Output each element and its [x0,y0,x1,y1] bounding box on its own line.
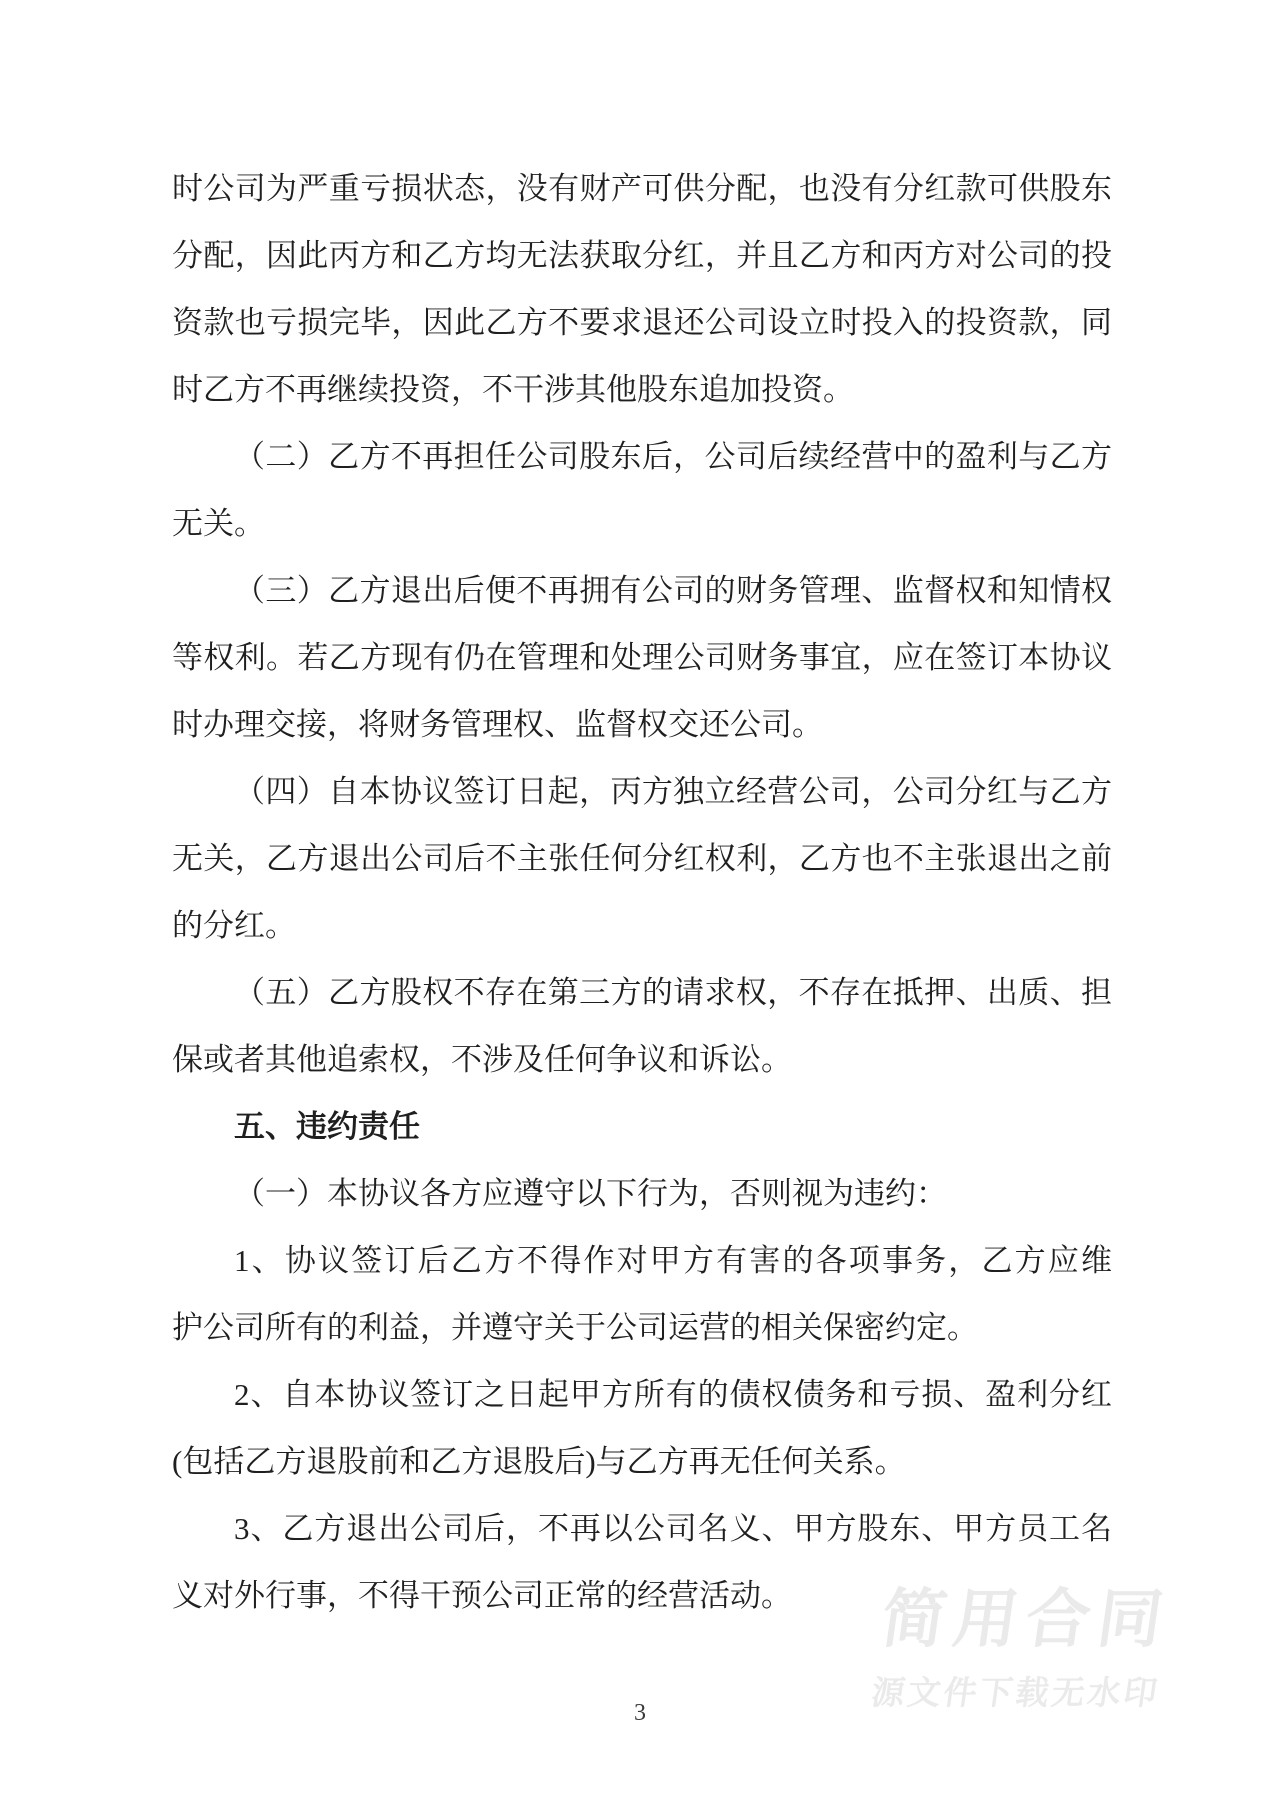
paragraph: （五）乙方股权不存在第三方的请求权，不存在抵押、出质、担保或者其他追索权，不涉及… [172,959,1112,1093]
text-line: 资款也亏损完毕，因此乙方不要求退还公司设立时投入的投资款，同 [172,289,1112,356]
text-line: 分配，因此丙方和乙方均无法获取分红，并且乙方和丙方对公司的投 [172,222,1112,289]
document-page: 时公司为严重亏损状态，没有财产可供分配，也没有分红款可供股东分配，因此丙方和乙方… [0,0,1280,1810]
section-heading: 五、违约责任 [172,1093,1112,1160]
text-line: （五）乙方股权不存在第三方的请求权，不存在抵押、出质、担 [172,959,1112,1026]
paragraph: 时公司为严重亏损状态，没有财产可供分配，也没有分红款可供股东分配，因此丙方和乙方… [172,155,1112,423]
paragraph: （三）乙方退出后便不再拥有公司的财务管理、监督权和知情权等权利。若乙方现有仍在管… [172,557,1112,758]
text-line: 等权利。若乙方现有仍在管理和处理公司财务事宜，应在签订本协议 [172,624,1112,691]
text-line: 的分红。 [172,892,1112,959]
text-line: 无关，乙方退出公司后不主张任何分红权利，乙方也不主张退出之前 [172,825,1112,892]
document-content: 时公司为严重亏损状态，没有财产可供分配，也没有分红款可供股东分配，因此丙方和乙方… [172,155,1112,1629]
page-number: 3 [0,1698,1280,1728]
text-line: （二）乙方不再担任公司股东后，公司后续经营中的盈利与乙方 [172,423,1112,490]
text-line: 时办理交接，将财务管理权、监督权交还公司。 [172,691,1112,758]
text-line: （一）本协议各方应遵守以下行为，否则视为违约： [172,1160,1112,1227]
text-line: 2、自本协议签订之日起甲方所有的债权债务和亏损、盈利分红 [172,1361,1112,1428]
text-line: 1、协议签订后乙方不得作对甲方有害的各项事务，乙方应维 [172,1227,1112,1294]
text-line: (包括乙方退股前和乙方退股后)与乙方再无任何关系。 [172,1428,1112,1495]
paragraph: 3、乙方退出公司后，不再以公司名义、甲方股东、甲方员工名义对外行事，不得干预公司… [172,1495,1112,1629]
text-line: 护公司所有的利益，并遵守关于公司运营的相关保密约定。 [172,1294,1112,1361]
text-line: 无关。 [172,490,1112,557]
text-line: （四）自本协议签订日起，丙方独立经营公司，公司分红与乙方 [172,758,1112,825]
text-line: 3、乙方退出公司后，不再以公司名义、甲方股东、甲方员工名 [172,1495,1112,1562]
text-line: （三）乙方退出后便不再拥有公司的财务管理、监督权和知情权 [172,557,1112,624]
paragraph: 1、协议签订后乙方不得作对甲方有害的各项事务，乙方应维护公司所有的利益，并遵守关… [172,1227,1112,1361]
text-line: 义对外行事，不得干预公司正常的经营活动。 [172,1562,1112,1629]
text-line: 五、违约责任 [172,1093,1112,1160]
paragraph: （四）自本协议签订日起，丙方独立经营公司，公司分红与乙方无关，乙方退出公司后不主… [172,758,1112,959]
paragraph: 2、自本协议签订之日起甲方所有的债权债务和亏损、盈利分红(包括乙方退股前和乙方退… [172,1361,1112,1495]
paragraph: （二）乙方不再担任公司股东后，公司后续经营中的盈利与乙方无关。 [172,423,1112,557]
text-line: 时乙方不再继续投资，不干涉其他股东追加投资。 [172,356,1112,423]
text-line: 时公司为严重亏损状态，没有财产可供分配，也没有分红款可供股东 [172,155,1112,222]
paragraph: （一）本协议各方应遵守以下行为，否则视为违约： [172,1160,1112,1227]
text-line: 保或者其他追索权，不涉及任何争议和诉讼。 [172,1026,1112,1093]
